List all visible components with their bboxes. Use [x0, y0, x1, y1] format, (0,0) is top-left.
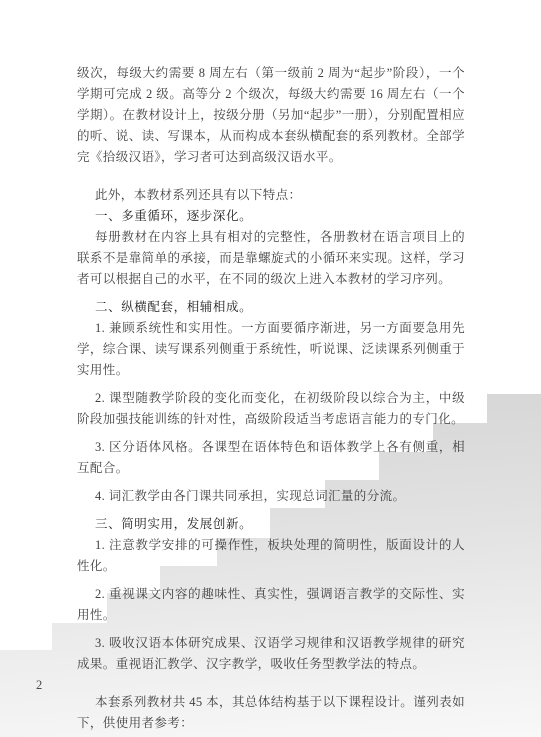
section-2-item-2: 2. 课型随教学阶段的变化而变化，在初级阶段以综合为主，中级阶段加强技能训练的针…: [77, 388, 465, 430]
section-3-item-3: 3. 吸收汉语本体研究成果、汉语学习规律和汉语教学规律的研究成果。重视语汇教学、…: [77, 633, 465, 675]
section-1-paragraph: 每册教材在内容上具有相对的完整性，各册教材在语言项目上的联系不是靠简单的承接，而…: [77, 227, 465, 290]
continuation-paragraph: 级次，每级大约需要 8 周左右（第一级前 2 周为“起步”阶段），一个学期可完成…: [77, 63, 465, 168]
section-2-item-4: 4. 词汇教学由各门课共同承担，实现总词汇量的分流。: [77, 486, 465, 507]
page-number: 2: [36, 678, 42, 693]
page-content: 级次，每级大约需要 8 周左右（第一级前 2 周为“起步”阶段），一个学期可完成…: [77, 63, 465, 734]
section-2-heading: 二、纵横配套，相辅相成。: [77, 297, 465, 318]
document-page: 级次，每级大约需要 8 周左右（第一级前 2 周为“起步”阶段），一个学期可完成…: [0, 0, 541, 737]
section-3-heading: 三、简明实用，发展创新。: [77, 514, 465, 535]
section-1-heading: 一、多重循环，逐步深化。: [77, 206, 465, 227]
section-3-item-2: 2. 重视课文内容的趣味性、真实性，强调语言教学的交际性、实用性。: [77, 584, 465, 626]
section-2-item-3: 3. 区分语体风格。各课型在语体特色和语体教学上各有侧重，相互配合。: [77, 437, 465, 479]
intro-paragraph: 此外，本教材系列还具有以下特点：: [77, 185, 465, 206]
section-3-item-1: 1. 注意教学安排的可操作性，板块处理的简明性，版面设计的人性化。: [77, 535, 465, 577]
closing-paragraph: 本套系列教材共 45 本，其总体结构基于以下课程设计。谨列表如下，供使用者参考：: [77, 692, 465, 734]
section-2-item-1: 1. 兼顾系统性和实用性。一方面要循序渐进，另一方面要急用先学，综合课、读写课系…: [77, 318, 465, 381]
